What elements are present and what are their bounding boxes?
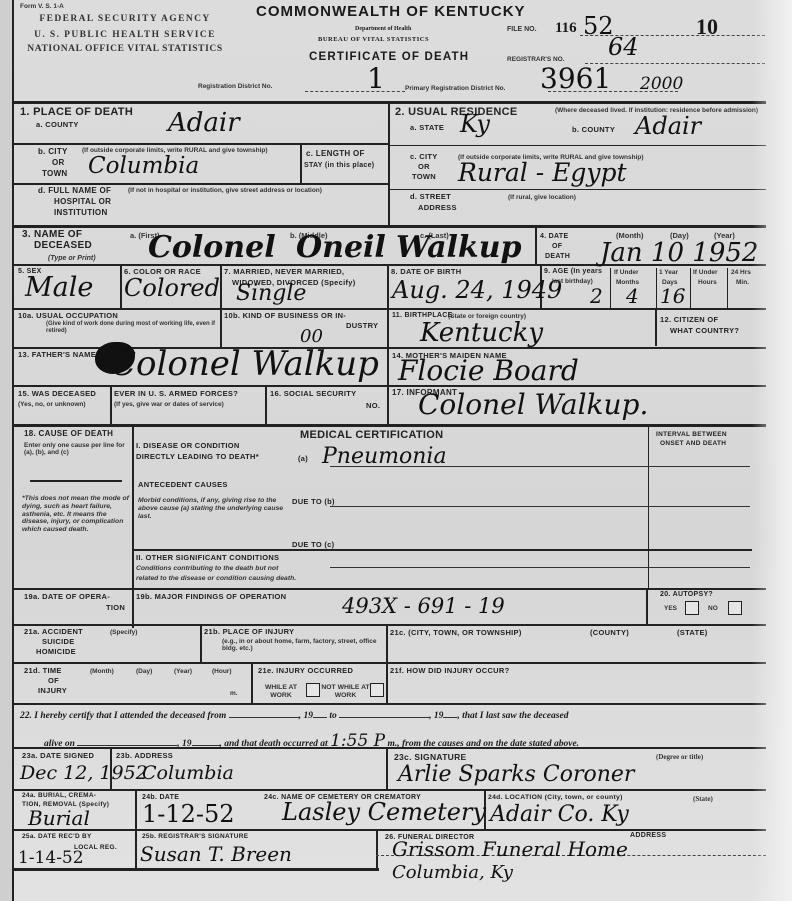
rule [14, 829, 766, 831]
line-a-label: (a) [298, 455, 308, 463]
residence-state-label: a. STATE [410, 124, 444, 132]
residence-town-label: TOWN [412, 173, 436, 181]
burial-value: Burial [28, 806, 90, 830]
rule [330, 567, 750, 568]
death-city-label: b. CITY [38, 148, 68, 156]
armed-forces-note: (Yes, no, or unknown) [18, 401, 86, 408]
location-value: Adair Co. Ky [490, 802, 629, 827]
date-of-death-value: Jan 10 1952 [600, 238, 758, 268]
death-town-label: TOWN [42, 170, 68, 178]
residence-state-value: Ky [460, 110, 490, 138]
suicide-label: SUICIDE [42, 638, 75, 646]
armed-forces-label-2: EVER IN U. S. ARMED FORCES? [114, 390, 238, 398]
injury-county-label: (COUNTY) [590, 629, 629, 637]
length-of-stay-label: c. LENGTH OF [306, 150, 365, 158]
time-day: (Day) [136, 668, 152, 675]
rule [655, 308, 657, 346]
registrars-no-value: 64 [608, 33, 639, 61]
interval-label-2: ONSET AND DEATH [660, 441, 726, 448]
cause-of-death-label: 18. CAUSE OF DEATH [24, 430, 113, 438]
primary-registration-line [548, 91, 678, 92]
disease-label-2: DIRECTLY LEADING TO DEATH* [136, 453, 259, 461]
autopsy-yes-checkbox[interactable] [685, 601, 699, 615]
residence-county-value: Adair [635, 112, 701, 140]
death-city-value: Columbia [88, 153, 199, 179]
one-year-label: 1 Year [659, 269, 678, 276]
form-top-border [14, 101, 766, 104]
death-city-or: OR [52, 159, 65, 167]
middle-name-value: Oneil [296, 230, 386, 265]
certificate-title: CERTIFICATE OF DEATH [309, 51, 469, 63]
time-of-label: OF [48, 677, 59, 685]
address-label: 23b. ADDRESS [116, 752, 173, 760]
blank [77, 745, 177, 746]
cause-footnote: *This does not mean the mode of dying, s… [22, 495, 130, 534]
armed-forces-label: 15. WAS DECEASED [18, 390, 96, 398]
funeral-director-value: Grissom Funeral Home [392, 837, 628, 861]
findings-value: 493X - 691 - 19 [342, 594, 505, 618]
blank [339, 717, 429, 718]
residence-county-label: b. COUNTY [572, 126, 615, 134]
rule [14, 703, 766, 705]
time-year: (Year) [174, 668, 192, 675]
not-while-at-work-checkbox[interactable] [370, 683, 384, 697]
rule [14, 225, 766, 228]
registration-district-label: Registration District No. [198, 83, 272, 90]
dob-label: 8. DATE OF BIRTH [391, 268, 462, 276]
department: Department of Health [355, 26, 411, 32]
accident-specify: (Specify) [110, 629, 137, 636]
rule [727, 268, 728, 308]
sex-value: Male [25, 272, 93, 303]
place-of-injury-label: 21b. PLACE OF INJURY [204, 628, 294, 636]
business-label-2: DUSTRY [346, 322, 378, 330]
residence-city-or: OR [418, 163, 430, 171]
place-of-injury-note: (e.g., in or about home, farm, factory, … [222, 638, 387, 653]
time-month: (Month) [90, 668, 114, 675]
rule [14, 308, 766, 310]
under24-label: If Under [693, 269, 718, 276]
time-m: m. [230, 690, 238, 697]
residence-street-note: (If rural, give location) [508, 194, 576, 201]
rule [386, 747, 388, 789]
date-of-death-of: OF [552, 243, 562, 250]
rule [110, 385, 112, 425]
registration-district-value: 1 [367, 62, 385, 95]
rule [14, 789, 766, 791]
other-conditions-note-2: related to the disease or condition caus… [136, 575, 296, 583]
months-value: 4 [626, 284, 639, 308]
place-of-death-title: 1. PLACE OF DEATH [20, 107, 133, 119]
not-while-at-work-label: NOT WHILE AT WORK [318, 684, 373, 700]
certify-text-b: , 19 [299, 711, 313, 721]
form-number: Form V. S. 1-A [20, 3, 64, 10]
divider-place-residence [388, 101, 390, 226]
informant-value: Colonel Walkup. [418, 388, 648, 421]
name-of-deceased-label: 3. NAME OF [22, 230, 82, 241]
rule [14, 624, 766, 626]
accident-label: 21a. ACCIDENT [24, 628, 83, 636]
autopsy-no-checkbox[interactable] [728, 601, 742, 615]
attended-from-blank [229, 717, 299, 718]
operation-date-label-2: TION [106, 604, 125, 612]
due-to-c-label: DUE TO (c) [292, 541, 334, 549]
marital-value: Single [236, 281, 306, 306]
hospital-label-2: HOSPITAL OR [54, 198, 111, 206]
ssn-label: 16. SOCIAL SECURITY [270, 390, 356, 398]
rule [388, 189, 766, 190]
from-causes-text: m., from the causes and on the date stat… [387, 739, 579, 749]
rule [386, 624, 388, 704]
rule [200, 624, 202, 664]
birthplace-value: Kentucky [420, 318, 543, 348]
autopsy-yes-label: YES [664, 605, 677, 612]
certify-text-e: , that I last saw the deceased [457, 711, 568, 721]
antecedent-label: ANTECEDENT CAUSES [138, 481, 228, 489]
file-no-printed: 116 [555, 20, 577, 37]
interval-label: INTERVAL BETWEEN [656, 432, 727, 439]
rule [14, 588, 766, 590]
file-no-suffix: 10 [696, 14, 718, 40]
date-of-death-label: 4. DATE [540, 233, 568, 240]
death-county-label: a. COUNTY [36, 121, 79, 129]
death-certificate: Form V. S. 1-A FEDERAL SECURITY AGENCY U… [0, 0, 792, 901]
date-signed-label: 23a. DATE SIGNED [22, 752, 94, 760]
bureau: BUREAU OF VITAL STATISTICS [318, 36, 429, 43]
medical-certification-title: MEDICAL CERTIFICATION [300, 430, 443, 442]
rule [388, 145, 766, 146]
first-name-value: Colonel [148, 230, 276, 265]
occupation-label: 10a. USUAL OCCUPATION [18, 312, 118, 320]
deceased-label: DECEASED [34, 241, 92, 252]
certify-line-1: 22. I hereby certify that I attended the… [20, 711, 568, 721]
occupation-note: (Give kind of work done during most of w… [46, 321, 218, 335]
rule [387, 264, 389, 424]
injury-word-label: INJURY [38, 687, 67, 695]
rule [14, 424, 766, 427]
usual-residence-title: 2. USUAL RESIDENCE [395, 107, 518, 119]
citizen-label: 12. CITIZEN OF [660, 316, 718, 324]
location-state-label: (State) [693, 795, 713, 803]
scan-right-fade [752, 0, 792, 901]
due-to-b-label: DUE TO (b) [292, 498, 335, 506]
residence-city-value: Rural - Egypt [458, 158, 627, 187]
certify-19: , 19 [177, 739, 191, 749]
business-label: 10b. KIND OF BUSINESS OR IN- [224, 312, 346, 320]
hospital-label-3: INSTITUTION [54, 209, 108, 217]
antecedent-note: Morbid conditions, if any, giving rise t… [138, 497, 286, 520]
residence-address-label: ADDRESS [418, 204, 457, 212]
certify-line-2: alive on , 19, and that death occurred a… [44, 731, 579, 751]
hospital-note: (If not in hospital or institution, give… [128, 187, 378, 194]
left-margin-line [12, 0, 14, 901]
location-label: 24d. LOCATION (City, town, or county) [488, 794, 623, 801]
hospital-label: d. FULL NAME OF [38, 187, 111, 195]
burial-label: 24a. BURIAL, CREMA- [22, 793, 96, 800]
signature-value: Arlie Sparks Coroner [398, 762, 634, 787]
citizen-label-2: WHAT COUNTRY? [670, 327, 739, 335]
registration-district-line [305, 91, 405, 92]
other-conditions-note: Conditions contributing to the death but… [136, 565, 278, 573]
autopsy-label: 20. AUTOPSY? [660, 591, 713, 598]
date-of-death-death: DEATH [545, 253, 570, 260]
rule [376, 829, 378, 869]
father-value: Colonel Walkup [110, 344, 379, 384]
mother-value: Flocie Board [398, 354, 579, 387]
time-hour: (Hour) [212, 668, 232, 675]
homicide-label: HOMICIDE [36, 648, 76, 656]
rule [251, 662, 253, 704]
rule [14, 143, 388, 145]
24hrs-label: 24 Hrs [731, 269, 751, 276]
disease-label: I. DISEASE OR CONDITION [136, 442, 240, 450]
death-occurred-text: , and that death occurred at [220, 739, 328, 749]
primary-registration-label: Primary Registration District No. [405, 85, 505, 92]
ssn-no-label: NO. [366, 402, 380, 410]
rule [132, 588, 134, 628]
injury-state-label: (STATE) [677, 629, 708, 637]
registrar-signature-label: 25b. REGISTRAR'S SIGNATURE [142, 834, 248, 841]
rule [220, 308, 222, 348]
date-received-label: 25a. DATE REC'D BY [22, 834, 92, 841]
blank [443, 717, 457, 718]
type-or-print-note: (Type or Print) [48, 255, 96, 263]
hours-label: Hours [698, 279, 717, 286]
rule [690, 268, 691, 308]
age-value: 2 [590, 284, 603, 308]
length-of-stay-label-2: STAY (in this place) [304, 162, 374, 169]
findings-label: 19b. MAJOR FINDINGS OF OPERATION [136, 593, 286, 601]
age-label: 9. AGE (In years [544, 268, 602, 275]
father-label: 13. FATHER'S NAME [18, 351, 96, 359]
under1-label: If Under [614, 269, 639, 276]
signature-label: 23c. SIGNATURE [394, 753, 467, 762]
age-label-2: last birthday) [552, 278, 593, 285]
autopsy-no-label: NO [708, 605, 718, 612]
file-no-label: FILE NO. [507, 26, 537, 34]
residence-city-label: c. CITY [410, 153, 438, 161]
rule [220, 264, 222, 308]
last-name-value: Walkup [396, 230, 522, 265]
registrars-no-line [585, 63, 765, 64]
certify-text-a: 22. I hereby certify that I attended the… [20, 711, 226, 721]
armed-forces-note-2: (If yes, give war or dates of service) [114, 401, 224, 408]
while-at-work-label: WHILE AT WORK [256, 684, 306, 700]
rule [132, 424, 134, 589]
injury-occurred-label: 21e. INJURY OCCURRED [258, 667, 353, 675]
race-value: Colored [124, 274, 220, 302]
funeral-director-address-label: ADDRESS [630, 832, 666, 839]
operation-date-label: 19a. DATE OF OPERA- [24, 593, 110, 601]
line-a-value: Pneumonia [322, 444, 447, 469]
date-received-value: 1-14-52 [18, 848, 84, 868]
residence-street-label: d. STREET [410, 193, 451, 201]
rule [14, 662, 766, 664]
blank [192, 745, 220, 746]
rule [646, 588, 648, 624]
date-signed-value: Dec 12, 1952 [20, 762, 148, 784]
time-of-death-value: 1:55 P [330, 731, 385, 751]
rule [656, 268, 657, 308]
certify-text-d: , 19 [429, 711, 443, 721]
agency-line-2: U. S. PUBLIC HEALTH SERVICE [20, 30, 230, 40]
rule [300, 143, 302, 183]
rule [14, 868, 379, 871]
how-injury-label: 21f. HOW DID INJURY OCCUR? [390, 667, 509, 675]
degree-label: (Degree or title) [656, 753, 703, 761]
cemetery-value: Lasley Cemetery [282, 798, 486, 826]
min-label: Min. [736, 279, 749, 286]
other-conditions-label: II. OTHER SIGNIFICANT CONDITIONS [136, 554, 279, 562]
address-value: Columbia [142, 762, 234, 784]
blank [313, 717, 327, 718]
death-county-value: Adair [168, 108, 240, 138]
dob-value: Aug. 24, 1949 [392, 276, 562, 304]
rule [330, 506, 750, 507]
days-value: 16 [660, 284, 685, 308]
cause-note: Enter only one cause per line for (a), (… [24, 442, 129, 457]
burial-date-value: 1-12-52 [142, 800, 235, 828]
rule [265, 385, 267, 425]
certify-text-c: to [329, 711, 336, 721]
marital-label: 7. MARRIED, NEVER MARRIED, [224, 268, 344, 276]
agency-line-1: FEDERAL SECURITY AGENCY [20, 14, 230, 24]
time-of-injury-label: 21d. TIME [24, 667, 62, 675]
registrar-signature-value: Susan T. Breen [140, 842, 292, 866]
cause-divider [30, 480, 122, 482]
rule [14, 183, 388, 185]
rule [132, 549, 752, 551]
rule [535, 228, 537, 264]
funeral-director-address-value: Columbia, Ky [392, 862, 513, 883]
rule [610, 268, 611, 308]
state-title: COMMONWEALTH OF KENTUCKY [256, 3, 526, 20]
rule [14, 385, 766, 387]
alive-on-text: alive on [44, 739, 75, 749]
injury-city-label: 21c. (CITY, TOWN, OR TOWNSHIP) [390, 629, 522, 637]
agency-line-3: NATIONAL OFFICE VITAL STATISTICS [14, 44, 236, 54]
rule [120, 264, 122, 308]
